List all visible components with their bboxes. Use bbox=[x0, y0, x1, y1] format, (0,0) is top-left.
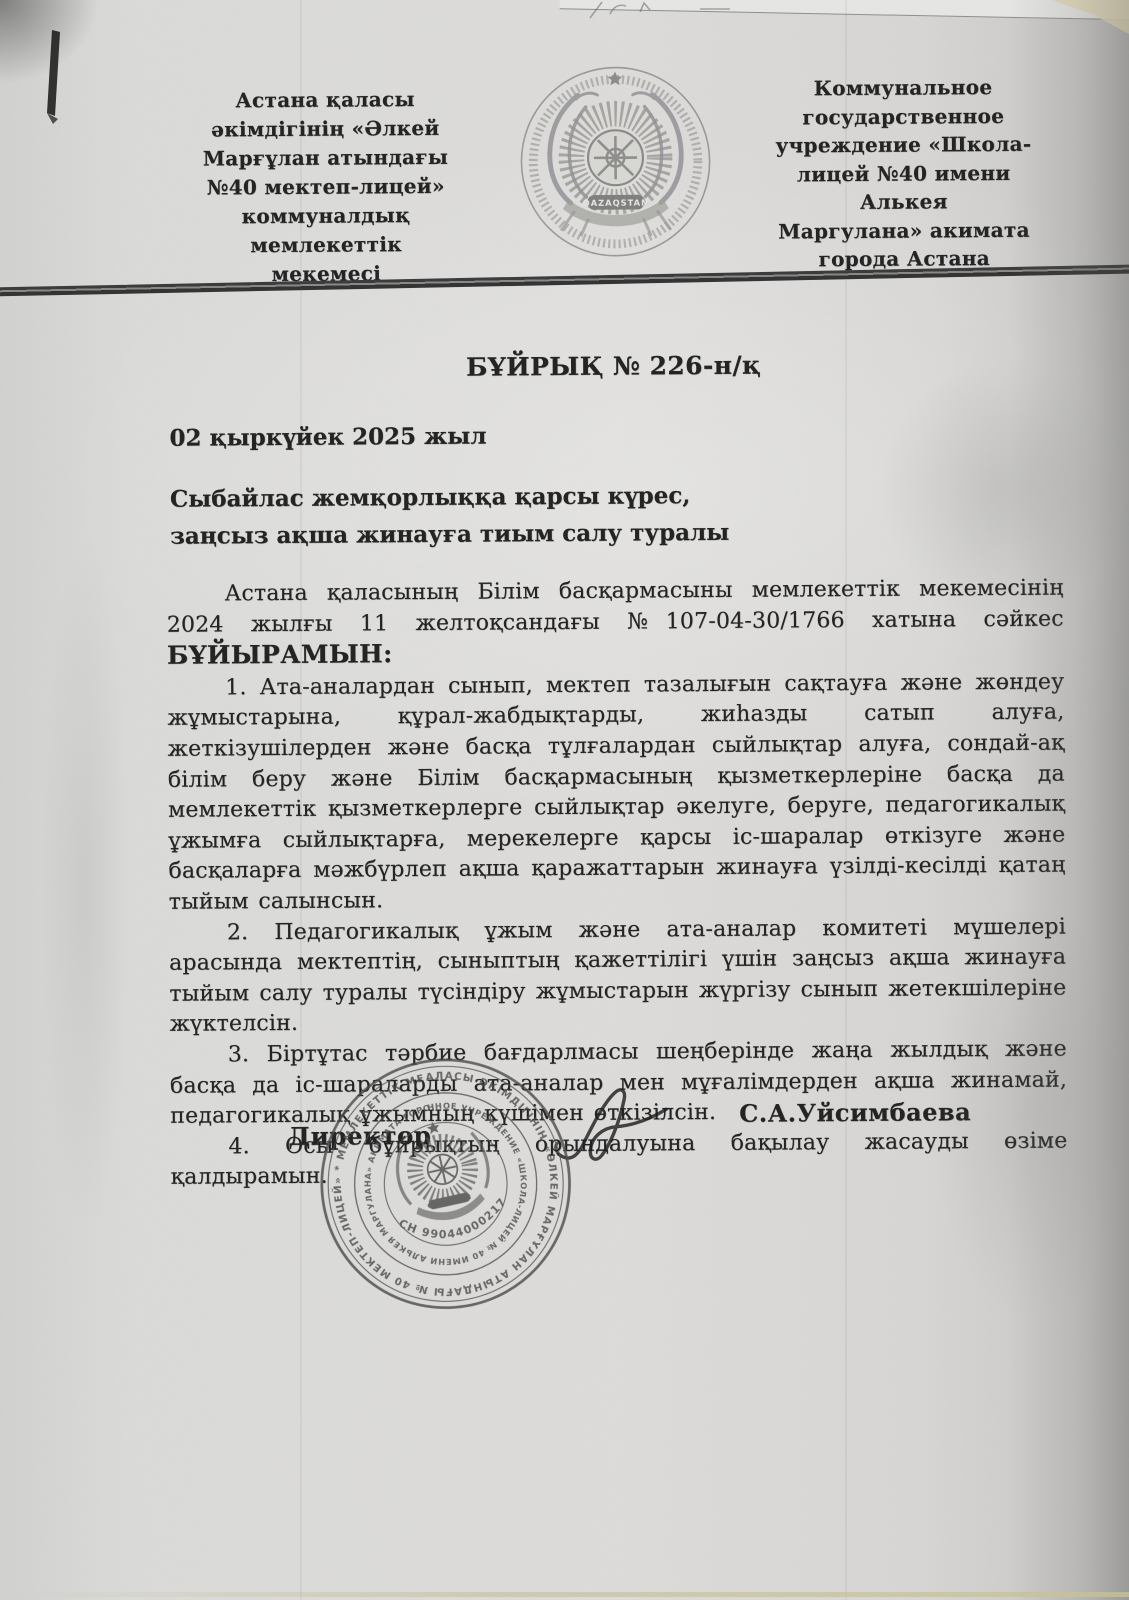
order-date: 02 қыркүйек 2025 жыл bbox=[169, 423, 486, 452]
stamp-center-emblem: QAZAQSTAN bbox=[388, 1112, 497, 1229]
letterhead-org-kazakh: Астана қаласы әкімдігінің «Әлкей Марғұла… bbox=[167, 85, 484, 290]
intro-verb: БҰЙЫРАМЫН: bbox=[167, 639, 393, 670]
order-item-2: 2. Педагогикалық ұжым және ата-аналар ко… bbox=[169, 912, 1067, 1041]
scan-blotch bbox=[880, 360, 1120, 620]
kazakhstan-state-emblem-icon: QAZAQSTAN bbox=[517, 63, 714, 260]
official-round-stamp: АСТАНА ҚАЛАСЫ ӘКІМДІГІНІҢ «ӘЛКЕЙ МАРҒҰЛА… bbox=[294, 1033, 597, 1336]
document-sheet: Астана қаласы әкімдігінің «Әлкей Марғұла… bbox=[0, 0, 1129, 1600]
scan-bottom-page-edge bbox=[0, 1592, 1129, 1597]
scan-blotch bbox=[930, 900, 1129, 1320]
emblem-banner-text: QAZAQSTAN bbox=[583, 197, 649, 207]
pen-checkmark-stroke bbox=[28, 18, 98, 138]
paper-crease-line bbox=[845, 0, 847, 1600]
paper-crease-line bbox=[300, 0, 302, 1600]
scan-right-shadow-band bbox=[1009, 0, 1129, 1600]
order-subject: Сыбайлас жемқорлыққа қарсы күрес, заңсыз… bbox=[170, 477, 730, 555]
scanned-order-page: Астана қаласы әкімдігінің «Әлкей Марғұла… bbox=[0, 0, 1129, 1600]
emblem-shanyrak bbox=[594, 136, 637, 179]
scan-top-handwriting-marks bbox=[580, 0, 800, 20]
emblem-star bbox=[608, 71, 623, 85]
subject-line-1: Сыбайлас жемқорлыққа қарсы күрес, bbox=[170, 477, 729, 518]
scan-blotch bbox=[40, 540, 130, 1240]
subject-line-2: заңсыз ақша жинауға тиым салу туралы bbox=[170, 514, 729, 555]
